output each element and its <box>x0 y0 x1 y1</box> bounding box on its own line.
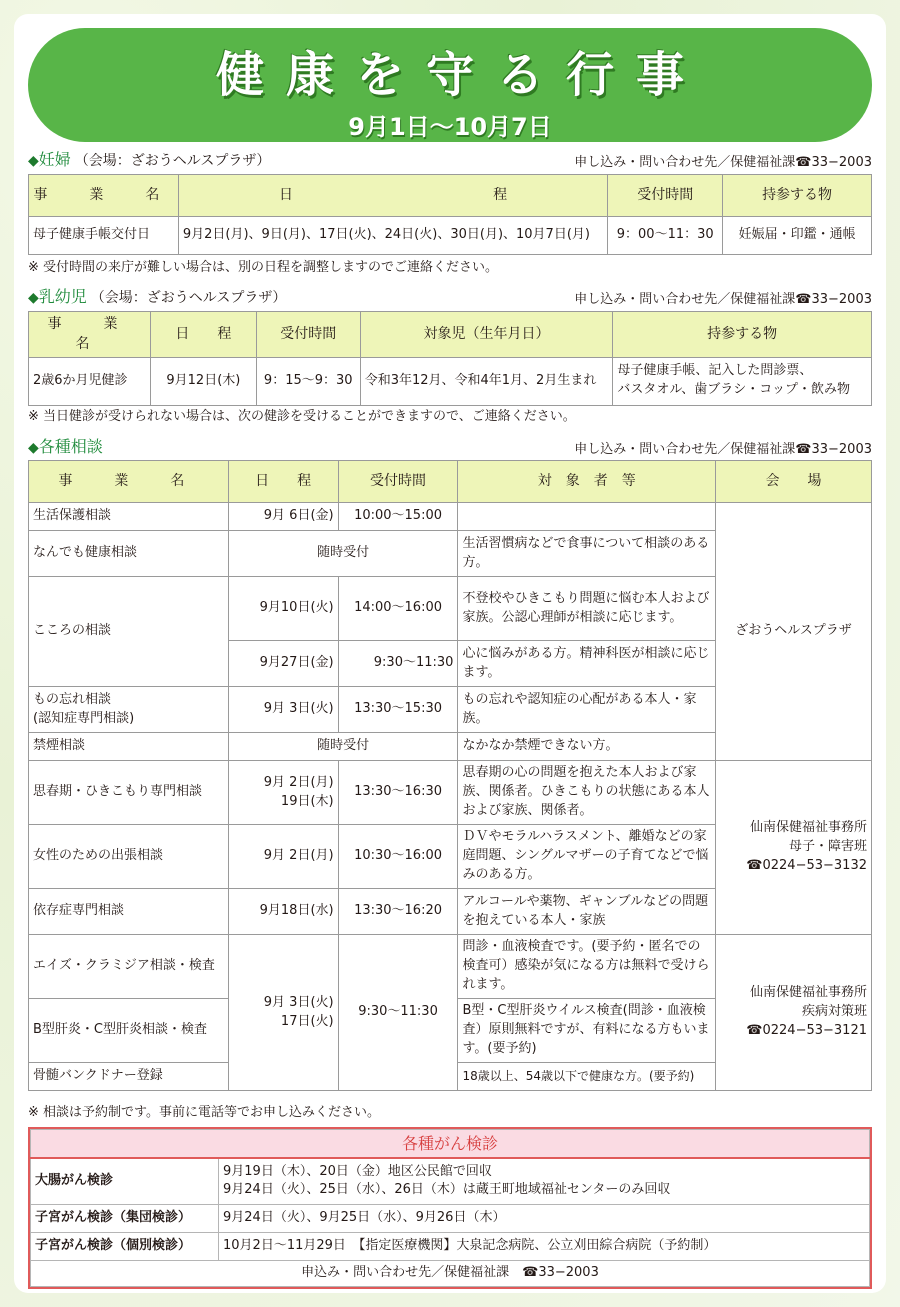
items-cell: 母子健康手帳、記入した問診票、 バスタオル、歯ブラシ・コップ・飲み物 <box>613 357 872 405</box>
section-venue: （会場：ざおうヘルスプラザ） <box>75 153 271 169</box>
time-cell: 13:30～16:30 <box>338 761 458 825</box>
column-header: 事 業 名 <box>29 461 229 503</box>
date-range: 9月1日～10月7日 <box>28 107 872 142</box>
cancer-detail: 10月2日～11月29日 【指定医療機関】大泉記念病院、公立刈田綜合病院（予約制… <box>219 1232 870 1260</box>
target-cell: 思春期の心の問題を抱えた本人および家族、関係者。ひきこもりの状態にある本人および… <box>458 761 716 825</box>
cancer-detail: 9月24日（火）、9月25日（水）、9月26日（木） <box>219 1204 870 1232</box>
time-cell: 9：00～11：30 <box>608 217 723 255</box>
event-cell: B型肝炎・C型肝炎相談・検査 <box>29 999 229 1063</box>
note: ※ 受付時間の来庁が難しい場合は、別の日程を調整しますのでご連絡ください。 <box>28 256 498 275</box>
table-row: 子宮がん検診（個別検診） 10月2日～11月29日 【指定医療機関】大泉記念病院… <box>31 1232 870 1260</box>
diamond-icon: ◆ <box>28 290 39 306</box>
diamond-icon: ◆ <box>28 440 39 456</box>
items-cell: 妊娠届・印鑑・通帳 <box>723 217 872 255</box>
section-title: 妊婦 <box>39 150 71 169</box>
schedule-cell: 9月 2日(月) 19日(木) <box>228 761 338 825</box>
venue-line: 母子・障害班 <box>720 838 867 857</box>
section-contact: 申し込み・問い合わせ先／保健福祉課☎33−2003 <box>574 288 872 307</box>
target-cell: 令和3年12月、令和4年1月、2月生まれ <box>360 357 613 405</box>
time-cell: 13:30～16:20 <box>338 889 458 935</box>
event-cell: 禁煙相談 <box>29 733 229 761</box>
venue-line: 仙南保健福祉事務所 <box>720 984 867 1003</box>
section-header-pregnant: ◆妊婦（会場：ざおうヘルスプラザ） 申し込み・問い合わせ先／保健福祉課☎33−2… <box>28 150 872 170</box>
section-title: 乳幼児 <box>39 287 87 306</box>
schedule-line: 19日(木) <box>233 793 334 812</box>
column-header: 程 <box>393 175 608 217</box>
column-header: 持参する物 <box>723 175 872 217</box>
target-cell: 心に悩みがある方。精神科医が相談に応じます。 <box>458 641 716 687</box>
venue-cell: ざおうヘルスプラザ <box>716 503 872 761</box>
target-cell: 18歳以上、54歳以下で健康な方。(要予約) <box>458 1063 716 1091</box>
table-header-row: 事 業 名 日 程 受付時間 持参する物 <box>29 175 872 217</box>
event-cell: 母子健康手帳交付日 <box>29 217 179 255</box>
schedule-cell: 随時受付 <box>228 733 458 761</box>
cancer-label: 子宮がん検診（個別検診） <box>31 1232 219 1260</box>
schedule-line: 9月 2日(月) <box>233 774 334 793</box>
target-cell <box>458 503 716 531</box>
time-cell: 10:30～16:00 <box>338 825 458 889</box>
column-header: 対 象 者 等 <box>458 461 716 503</box>
cancer-detail: 9月19日（木）、20日（金）地区公民館で回収 9月24日（火）、25日（水）、… <box>219 1158 870 1204</box>
target-cell: 不登校やひきこもり問題に悩む本人および家族。公認心理師が相談に応じます。 <box>458 577 716 641</box>
schedule-cell: 9月12日(木) <box>150 357 256 405</box>
target-cell: アルコールや薬物、ギャンブルなどの問題を抱えている本人・家族 <box>458 889 716 935</box>
event-cell: 生活保護相談 <box>29 503 229 531</box>
column-header: 会 場 <box>716 461 872 503</box>
event-cell: こころの相談 <box>29 577 229 687</box>
column-header: 日 <box>178 175 393 217</box>
event-cell: 依存症専門相談 <box>29 889 229 935</box>
section-contact: 申し込み・問い合わせ先／保健福祉課☎33−2003 <box>574 151 872 170</box>
target-cell: ＤＶやモラルハラスメント、離婚などの家庭問題、シングルマザーの子育てなどで悩みの… <box>458 825 716 889</box>
table-row: 大腸がん検診 9月19日（木）、20日（金）地区公民館で回収 9月24日（火）、… <box>31 1158 870 1204</box>
column-header: 事 業 名 <box>29 175 179 217</box>
venue-line: 仙南保健福祉事務所 <box>720 819 867 838</box>
section-header-consult: ◆各種相談 申し込み・問い合わせ先／保健福祉課☎33−2003 <box>28 437 872 457</box>
time-cell: 13:30～15:30 <box>338 687 458 733</box>
column-header: 日 程 <box>150 312 256 358</box>
schedule-cell: 9月 6日(金) <box>228 503 338 531</box>
column-header: 対象児（生年月日） <box>360 312 613 358</box>
consult-table: 事 業 名 日 程 受付時間 対 象 者 等 会 場 生活保護相談 9月 6日(… <box>28 460 872 1091</box>
section-contact: 申し込み・問い合わせ先／保健福祉課☎33−2003 <box>574 438 872 457</box>
target-cell: もの忘れや認知症の心配がある本人・家族。 <box>458 687 716 733</box>
schedule-cell: 9月18日(水) <box>228 889 338 935</box>
time-cell: 9：15～9：30 <box>256 357 360 405</box>
venue-line: 疾病対策班 <box>720 1003 867 1022</box>
schedule-cell: 随時受付 <box>228 531 458 577</box>
time-cell: 9:30～11:30 <box>338 641 458 687</box>
target-cell: 問診・血液検査です。(要予約・匿名での検査可）感染が気になる方は無料で受けられま… <box>458 935 716 999</box>
section-header-infant: ◆乳幼児（会場：ざおうヘルスプラザ） 申し込み・問い合わせ先／保健福祉課☎33−… <box>28 287 872 307</box>
pregnant-table: 事 業 名 日 程 受付時間 持参する物 母子健康手帳交付日 9月2日(月)、9… <box>28 174 872 255</box>
schedule-cell: 9月 3日(火) <box>228 687 338 733</box>
column-header: 日 程 <box>228 461 338 503</box>
schedule-cell: 9月 2日(月) <box>228 825 338 889</box>
time-cell: 9:30～11:30 <box>338 935 458 1091</box>
cancer-screening-box: 各種がん検診 大腸がん検診 9月19日（木）、20日（金）地区公民館で回収 9月… <box>28 1127 872 1289</box>
detail-line: 9月24日（火）、25日（水）、26日（木）は蔵王町地域福祉センターのみ回収 <box>223 1181 865 1200</box>
table-row: 子宮がん検診（集団検診） 9月24日（火）、9月25日（水）、9月26日（木） <box>31 1204 870 1232</box>
column-header: 受付時間 <box>338 461 458 503</box>
table-row: 生活保護相談 9月 6日(金) 10:00～15:00 ざおうヘルスプラザ <box>29 503 872 531</box>
items-line: バスタオル、歯ブラシ・コップ・飲み物 <box>617 381 867 400</box>
cancer-label: 大腸がん検診 <box>31 1158 219 1204</box>
table-header-row: 事 業 名 日 程 受付時間 対 象 者 等 会 場 <box>29 461 872 503</box>
column-header: 受付時間 <box>256 312 360 358</box>
target-cell: 生活習慣病などで食事について相談のある方。 <box>458 531 716 577</box>
note: ※ 当日健診が受けられない場合は、次の健診を受けることができますので、ご連絡くだ… <box>28 405 576 424</box>
note: ※ 相談は予約制です。事前に電話等でお申し込みください。 <box>28 1101 380 1120</box>
cancer-title: 各種がん検診 <box>31 1130 870 1159</box>
event-cell: 骨髄バンクドナー登録 <box>29 1063 229 1091</box>
event-line: もの忘れ相談 <box>33 691 224 710</box>
title-banner: 健康を守る行事 9月1日～10月7日 <box>28 28 872 142</box>
time-cell: 14:00～16:00 <box>338 577 458 641</box>
cancer-contact: 申込み・問い合わせ先／保健福祉課 ☎33−2003 <box>31 1260 870 1286</box>
target-cell: なかなか禁煙できない方。 <box>458 733 716 761</box>
venue-cell: 仙南保健福祉事務所 母子・障害班 ☎0224−53−3132 <box>716 761 872 935</box>
event-cell: もの忘れ相談 (認知症専門相談) <box>29 687 229 733</box>
cancer-table: 各種がん検診 大腸がん検診 9月19日（木）、20日（金）地区公民館で回収 9月… <box>30 1129 870 1287</box>
schedule-line: 17日(火) <box>233 1013 334 1032</box>
venue-phone: ☎0224−53−3121 <box>720 1022 867 1041</box>
event-line: (認知症専門相談) <box>33 710 224 729</box>
schedule-cell: 9月10日(火) <box>228 577 338 641</box>
target-cell: B型・C型肝炎ウイルス検査(問診・血液検査）原則無料ですが、有料になる方もいます… <box>458 999 716 1063</box>
event-cell: エイズ・クラミジア相談・検査 <box>29 935 229 999</box>
event-cell: 女性のための出張相談 <box>29 825 229 889</box>
table-row: エイズ・クラミジア相談・検査 9月 3日(火) 17日(火) 9:30～11:3… <box>29 935 872 999</box>
items-line: 母子健康手帳、記入した問診票、 <box>617 362 867 381</box>
section-venue: （会場：ざおうヘルスプラザ） <box>91 290 287 306</box>
schedule-cell: 9月 3日(火) 17日(火) <box>228 935 338 1091</box>
column-header: 持参する物 <box>613 312 872 358</box>
table-row: 思春期・ひきこもり専門相談 9月 2日(月) 19日(木) 13:30～16:3… <box>29 761 872 825</box>
section-title: 各種相談 <box>39 437 103 456</box>
event-cell: 2歳6か月児健診 <box>29 357 151 405</box>
schedule-cell: 9月2日(月)、9日(月)、17日(火)、24日(火)、30日(月)、10月7日… <box>178 217 607 255</box>
table-row: 2歳6か月児健診 9月12日(木) 9：15～9：30 令和3年12月、令和4年… <box>29 357 872 405</box>
detail-line: 9月19日（木）、20日（金）地区公民館で回収 <box>223 1163 865 1182</box>
event-cell: 思春期・ひきこもり専門相談 <box>29 761 229 825</box>
column-header: 受付時間 <box>608 175 723 217</box>
venue-cell: 仙南保健福祉事務所 疾病対策班 ☎0224−53−3121 <box>716 935 872 1091</box>
table-row: 母子健康手帳交付日 9月2日(月)、9日(月)、17日(火)、24日(火)、30… <box>29 217 872 255</box>
event-cell: なんでも健康相談 <box>29 531 229 577</box>
infant-table: 事 業 名 日 程 受付時間 対象児（生年月日） 持参する物 2歳6か月児健診 … <box>28 311 872 406</box>
cancer-label: 子宮がん検診（集団検診） <box>31 1204 219 1232</box>
venue-phone: ☎0224−53−3132 <box>720 857 867 876</box>
table-header-row: 事 業 名 日 程 受付時間 対象児（生年月日） 持参する物 <box>29 312 872 358</box>
column-header: 事 業 名 <box>29 312 151 358</box>
page-title: 健康を守る行事 <box>28 36 872 105</box>
time-cell: 10:00～15:00 <box>338 503 458 531</box>
schedule-line: 9月 3日(火) <box>233 994 334 1013</box>
schedule-cell: 9月27日(金) <box>228 641 338 687</box>
diamond-icon: ◆ <box>28 153 39 169</box>
